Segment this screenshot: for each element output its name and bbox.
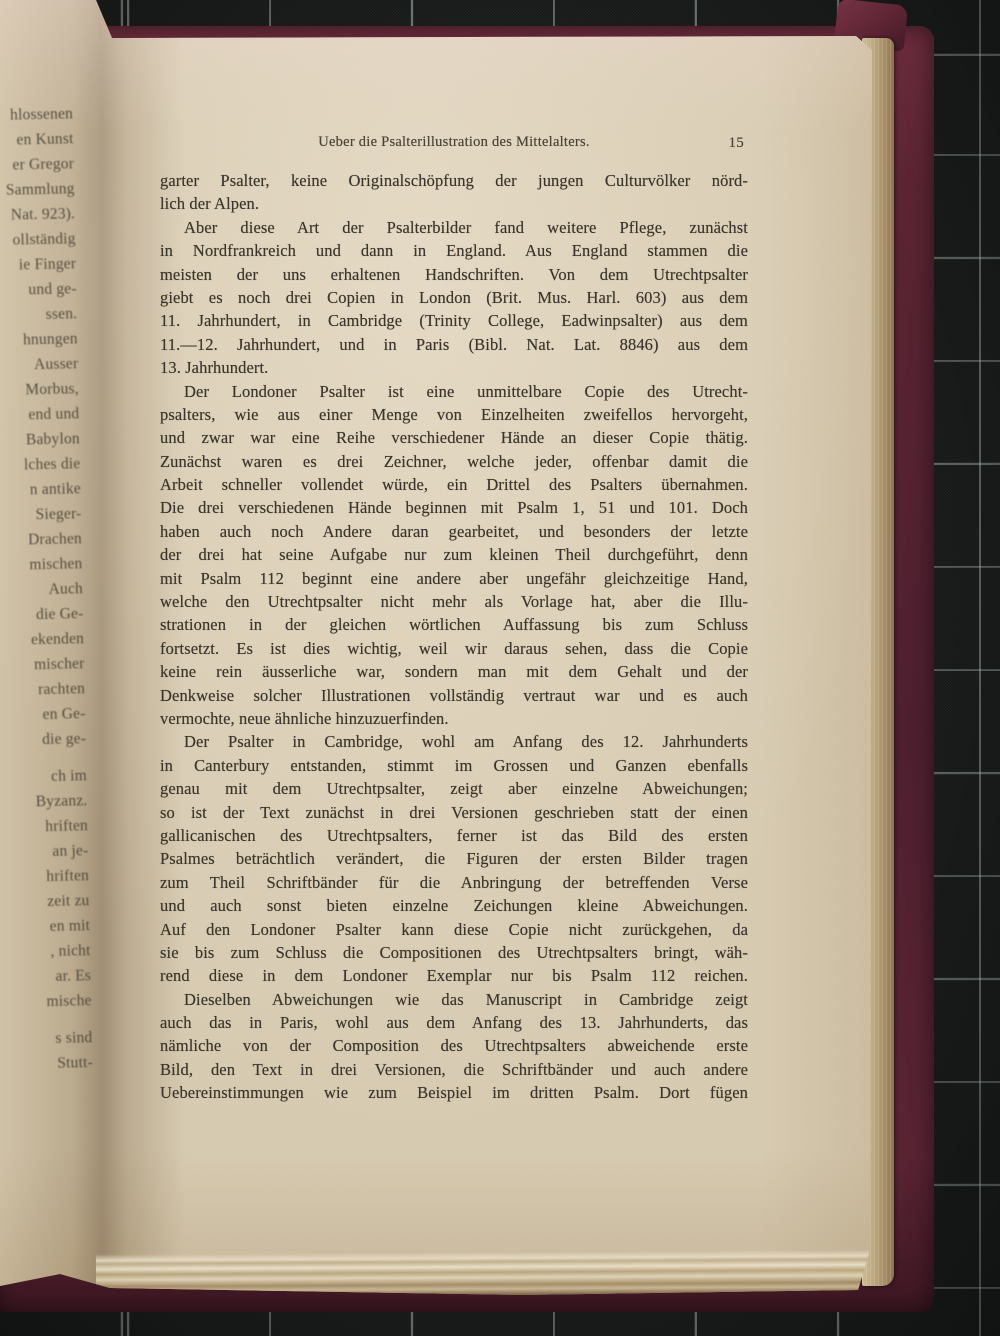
body-text-block: garter Psalter, keine Originalschöpfung … <box>160 169 748 1105</box>
left-page-fragment-line: an je- <box>5 838 89 865</box>
left-page-fragment-line: Auch <box>0 576 83 603</box>
body-line: haben auch noch Andere daran gearbeitet,… <box>160 520 748 543</box>
left-page-fragment-line: lches die <box>0 451 81 478</box>
body-line: Die drei verschiedenen Hände beginnen mi… <box>160 496 748 519</box>
body-line: garter Psalter, keine Originalschöpfung … <box>160 169 748 192</box>
body-line: Dieselben Abweichungen wie das Manuscrip… <box>160 988 748 1011</box>
left-page-fragment-line: Byzanz. <box>4 788 88 815</box>
body-line: so ist der Text zunächst in drei Version… <box>160 801 748 824</box>
left-page-fragment-line: s sind <box>9 1025 93 1052</box>
body-line: Aber diese Art der Psalterbilder fand we… <box>160 216 748 239</box>
left-page-fragment-line: Morbus, <box>0 376 79 403</box>
body-line: 13. Jahrhundert. <box>160 356 748 379</box>
left-page-fragment-line: mischen <box>0 551 83 578</box>
body-line: strationen in der gleichen wörtlichen Au… <box>160 613 748 636</box>
body-line: zum Theil Schriftbänder für die Anbringu… <box>160 871 748 894</box>
body-line: vermochte, neue ähnliche hinzuzuerfinden… <box>160 707 748 730</box>
left-page-fragment-line: end und <box>0 401 80 428</box>
running-header: Ueber die Psalterillustration des Mittel… <box>160 134 748 156</box>
left-page-text-fragments: hlossenenen Kunster GregorSammlungNat. 9… <box>0 101 98 1077</box>
body-line: fortsetzt. Es ist dies wichtig, weil wir… <box>160 637 748 660</box>
body-line: giebt es noch drei Copien in London (Bri… <box>160 286 748 309</box>
left-page-fragment-line: ie Finger <box>0 251 76 278</box>
left-page-fragment-line: Drachen <box>0 526 82 553</box>
body-line: Auf den Londoner Psalter kann diese Copi… <box>160 918 748 941</box>
body-line: rend diese in dem Londoner Exemplar nur … <box>160 964 748 987</box>
left-page-fragment-line: die Ge- <box>0 601 84 628</box>
body-line: und zwar war eine Reihe verschiedener Hä… <box>160 426 748 449</box>
left-page-fragment-line: en Ge- <box>2 701 86 728</box>
left-page-fragment-line: Babylon <box>0 426 80 453</box>
left-page-fragment-line: ssen. <box>0 301 78 328</box>
body-line: Arbeit schneller vollendet würde, ein Dr… <box>160 473 748 496</box>
left-page-fragment-line: hriften <box>6 863 90 890</box>
body-line: auch das in Paris, wohl aus dem Anfang d… <box>160 1011 748 1034</box>
body-line: Denkweise solcher Illustrationen vollstä… <box>160 684 748 707</box>
body-line: genau mit dem Utrechtpsalter, zeigt aber… <box>160 777 748 800</box>
body-line: 11. Jahrhundert, in Cambridge (Trinity C… <box>160 309 748 332</box>
body-line: keine rein äusserliche war, sondern man … <box>160 660 748 683</box>
left-page-fragment-line: hlossenen <box>0 101 73 128</box>
body-line: Psalmes beträchtlich verändert, die Figu… <box>160 847 748 870</box>
body-line: psalters, wie aus einer Menge von Einzel… <box>160 403 748 426</box>
left-page-fragment-line: ekenden <box>1 626 85 653</box>
left-page-fragment-line: Nat. 923). <box>0 201 75 228</box>
left-page-fragment-line: ollständig <box>0 226 76 253</box>
left-page-fragment-line: n antike <box>0 476 81 503</box>
left-page-fragment-line: hnungen <box>0 326 78 353</box>
body-line: nämliche von der Composition des Utrecht… <box>160 1034 748 1057</box>
body-line: Uebereinstimmungen wie zum Beispiel im d… <box>160 1081 748 1104</box>
body-line: meisten der uns erhaltenen Handschriften… <box>160 263 748 286</box>
left-page-fragment-line: Stutt- <box>10 1050 94 1077</box>
body-line: in Nordfrankreich und dann in England. A… <box>160 239 748 262</box>
body-line: welche den Utrechtpsalter nicht mehr als… <box>160 590 748 613</box>
left-page-fragment-line: rachten <box>2 676 86 703</box>
open-book-page: hlossenenen Kunster GregorSammlungNat. 9… <box>0 0 1000 1336</box>
left-page-fragment-line: en Kunst <box>0 126 74 153</box>
body-line: sie bis zum Schluss die Compositionen de… <box>160 941 748 964</box>
body-line: Zunächst waren es drei Zeichner, welche … <box>160 450 748 473</box>
left-page-fragment-line: Sieger- <box>0 501 82 528</box>
left-page-fragment-line: ar. Es <box>8 963 92 990</box>
page-number: 15 <box>729 135 745 152</box>
left-page-fragment-line: die ge- <box>3 726 87 753</box>
body-line: und auch sonst bieten einzelne Zeichunge… <box>160 894 748 917</box>
left-page-fragment-line: zeit zu <box>6 888 90 915</box>
body-line: gallicanischen des Utrechtpsalters, fern… <box>160 824 748 847</box>
body-line: in Canterbury entstanden, stimmt im Gros… <box>160 754 748 777</box>
left-page-fragment-line: ch im <box>4 763 88 790</box>
left-page-fragment-line: hriften <box>5 813 89 840</box>
body-line: der drei hat seine Aufgabe nur zum klein… <box>160 543 748 566</box>
left-page-fragment-line: Ausser <box>0 351 79 378</box>
running-header-title: Ueber die Psalterillustration des Mittel… <box>160 134 748 151</box>
left-page-fragment-line: en mit <box>7 913 91 940</box>
body-line: lich der Alpen. <box>160 192 748 215</box>
left-page-fragment-line: Sammlung <box>0 176 75 203</box>
left-page-fragment-line: mische <box>8 988 92 1015</box>
body-line: mit Psalm 112 beginnt eine andere aber u… <box>160 567 748 590</box>
body-line: 11.—12. Jahrhundert, und in Paris (Bibl.… <box>160 333 748 356</box>
body-line: Bild, den Text in drei Versionen, die Sc… <box>160 1058 748 1081</box>
body-line: Der Psalter in Cambridge, wohl am Anfang… <box>160 730 748 753</box>
left-page-fragment-line: er Gregor <box>0 151 74 178</box>
left-page-fragment-line: mischer <box>1 651 85 678</box>
left-page-fragment-line: und ge- <box>0 276 77 303</box>
left-page-fragment-line: , nicht <box>7 938 91 965</box>
body-line: Der Londoner Psalter ist eine unmittelba… <box>160 380 748 403</box>
